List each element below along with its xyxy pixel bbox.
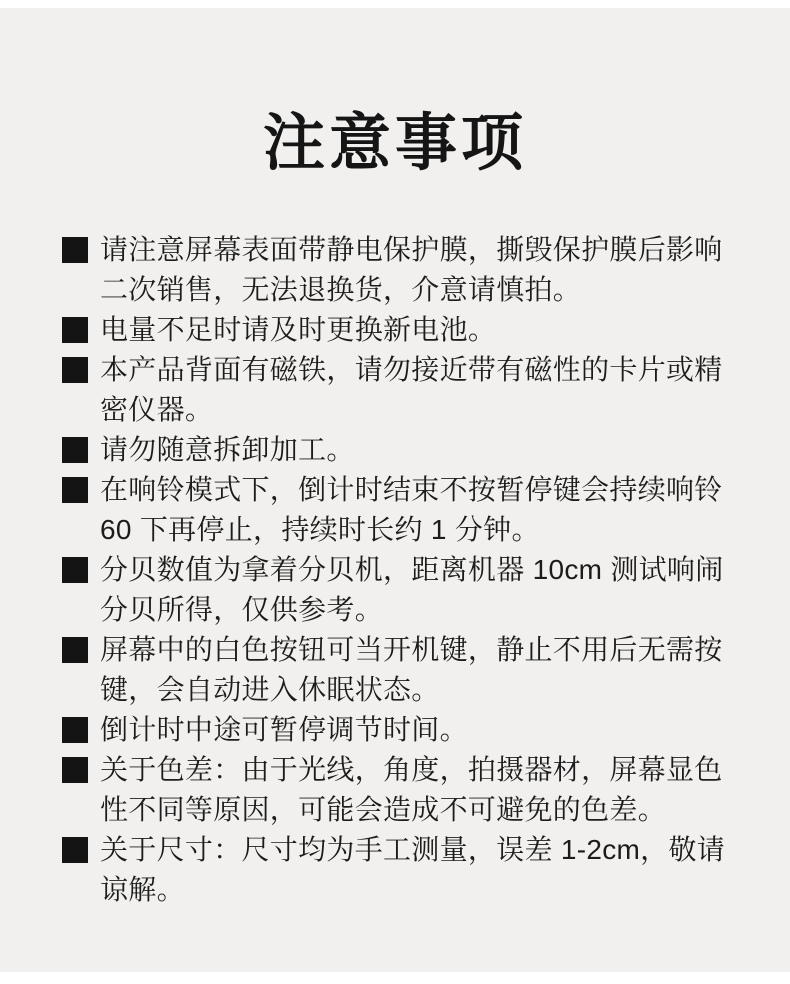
- note-text: 电量不足时请及时更换新电池。: [100, 310, 748, 350]
- note-item: 关于尺寸：尺寸均为手工测量，误差 1-2cm，敬请谅解。: [62, 830, 748, 910]
- square-bullet-icon: [62, 557, 88, 583]
- square-bullet-icon: [62, 477, 88, 503]
- square-bullet-icon: [62, 437, 88, 463]
- note-item: 倒计时中途可暂停调节时间。: [62, 710, 748, 750]
- note-item: 本产品背面有磁铁，请勿接近带有磁性的卡片或精密仪器。: [62, 350, 748, 430]
- square-bullet-icon: [62, 637, 88, 663]
- note-text: 本产品背面有磁铁，请勿接近带有磁性的卡片或精密仪器。: [100, 350, 748, 430]
- page-title: 注意事项: [0, 8, 790, 180]
- note-item: 屏幕中的白色按钮可当开机键，静止不用后无需按键，会自动进入休眠状态。: [62, 630, 748, 710]
- note-text: 分贝数值为拿着分贝机，距离机器 10cm 测试响闹分贝所得，仅供参考。: [100, 550, 748, 630]
- note-text: 屏幕中的白色按钮可当开机键，静止不用后无需按键，会自动进入休眠状态。: [100, 630, 748, 710]
- note-text: 关于尺寸：尺寸均为手工测量，误差 1-2cm，敬请谅解。: [100, 830, 748, 910]
- note-item: 请勿随意拆卸加工。: [62, 430, 748, 470]
- square-bullet-icon: [62, 717, 88, 743]
- note-text: 请注意屏幕表面带静电保护膜，撕毁保护膜后影响二次销售，无法退换货，介意请慎拍。: [100, 230, 748, 310]
- square-bullet-icon: [62, 757, 88, 783]
- note-item: 在响铃模式下，倒计时结束不按暂停键会持续响铃 60 下再停止，持续时长约 1 分…: [62, 470, 748, 550]
- note-item: 关于色差：由于光线，角度，拍摄器材，屏幕显色性不同等原因，可能会造成不可避免的色…: [62, 750, 748, 830]
- square-bullet-icon: [62, 317, 88, 343]
- note-text: 关于色差：由于光线，角度，拍摄器材，屏幕显色性不同等原因，可能会造成不可避免的色…: [100, 750, 748, 830]
- note-text: 请勿随意拆卸加工。: [100, 430, 748, 470]
- square-bullet-icon: [62, 837, 88, 863]
- square-bullet-icon: [62, 357, 88, 383]
- note-text: 倒计时中途可暂停调节时间。: [100, 710, 748, 750]
- note-item: 分贝数值为拿着分贝机，距离机器 10cm 测试响闹分贝所得，仅供参考。: [62, 550, 748, 630]
- note-item: 电量不足时请及时更换新电池。: [62, 310, 748, 350]
- notes-list: 请注意屏幕表面带静电保护膜，撕毁保护膜后影响二次销售，无法退换货，介意请慎拍。 …: [0, 230, 790, 910]
- square-bullet-icon: [62, 237, 88, 263]
- note-item: 请注意屏幕表面带静电保护膜，撕毁保护膜后影响二次销售，无法退换货，介意请慎拍。: [62, 230, 748, 310]
- note-text: 在响铃模式下，倒计时结束不按暂停键会持续响铃 60 下再停止，持续时长约 1 分…: [100, 470, 748, 550]
- notice-panel: 注意事项 请注意屏幕表面带静电保护膜，撕毁保护膜后影响二次销售，无法退换货，介意…: [0, 8, 790, 972]
